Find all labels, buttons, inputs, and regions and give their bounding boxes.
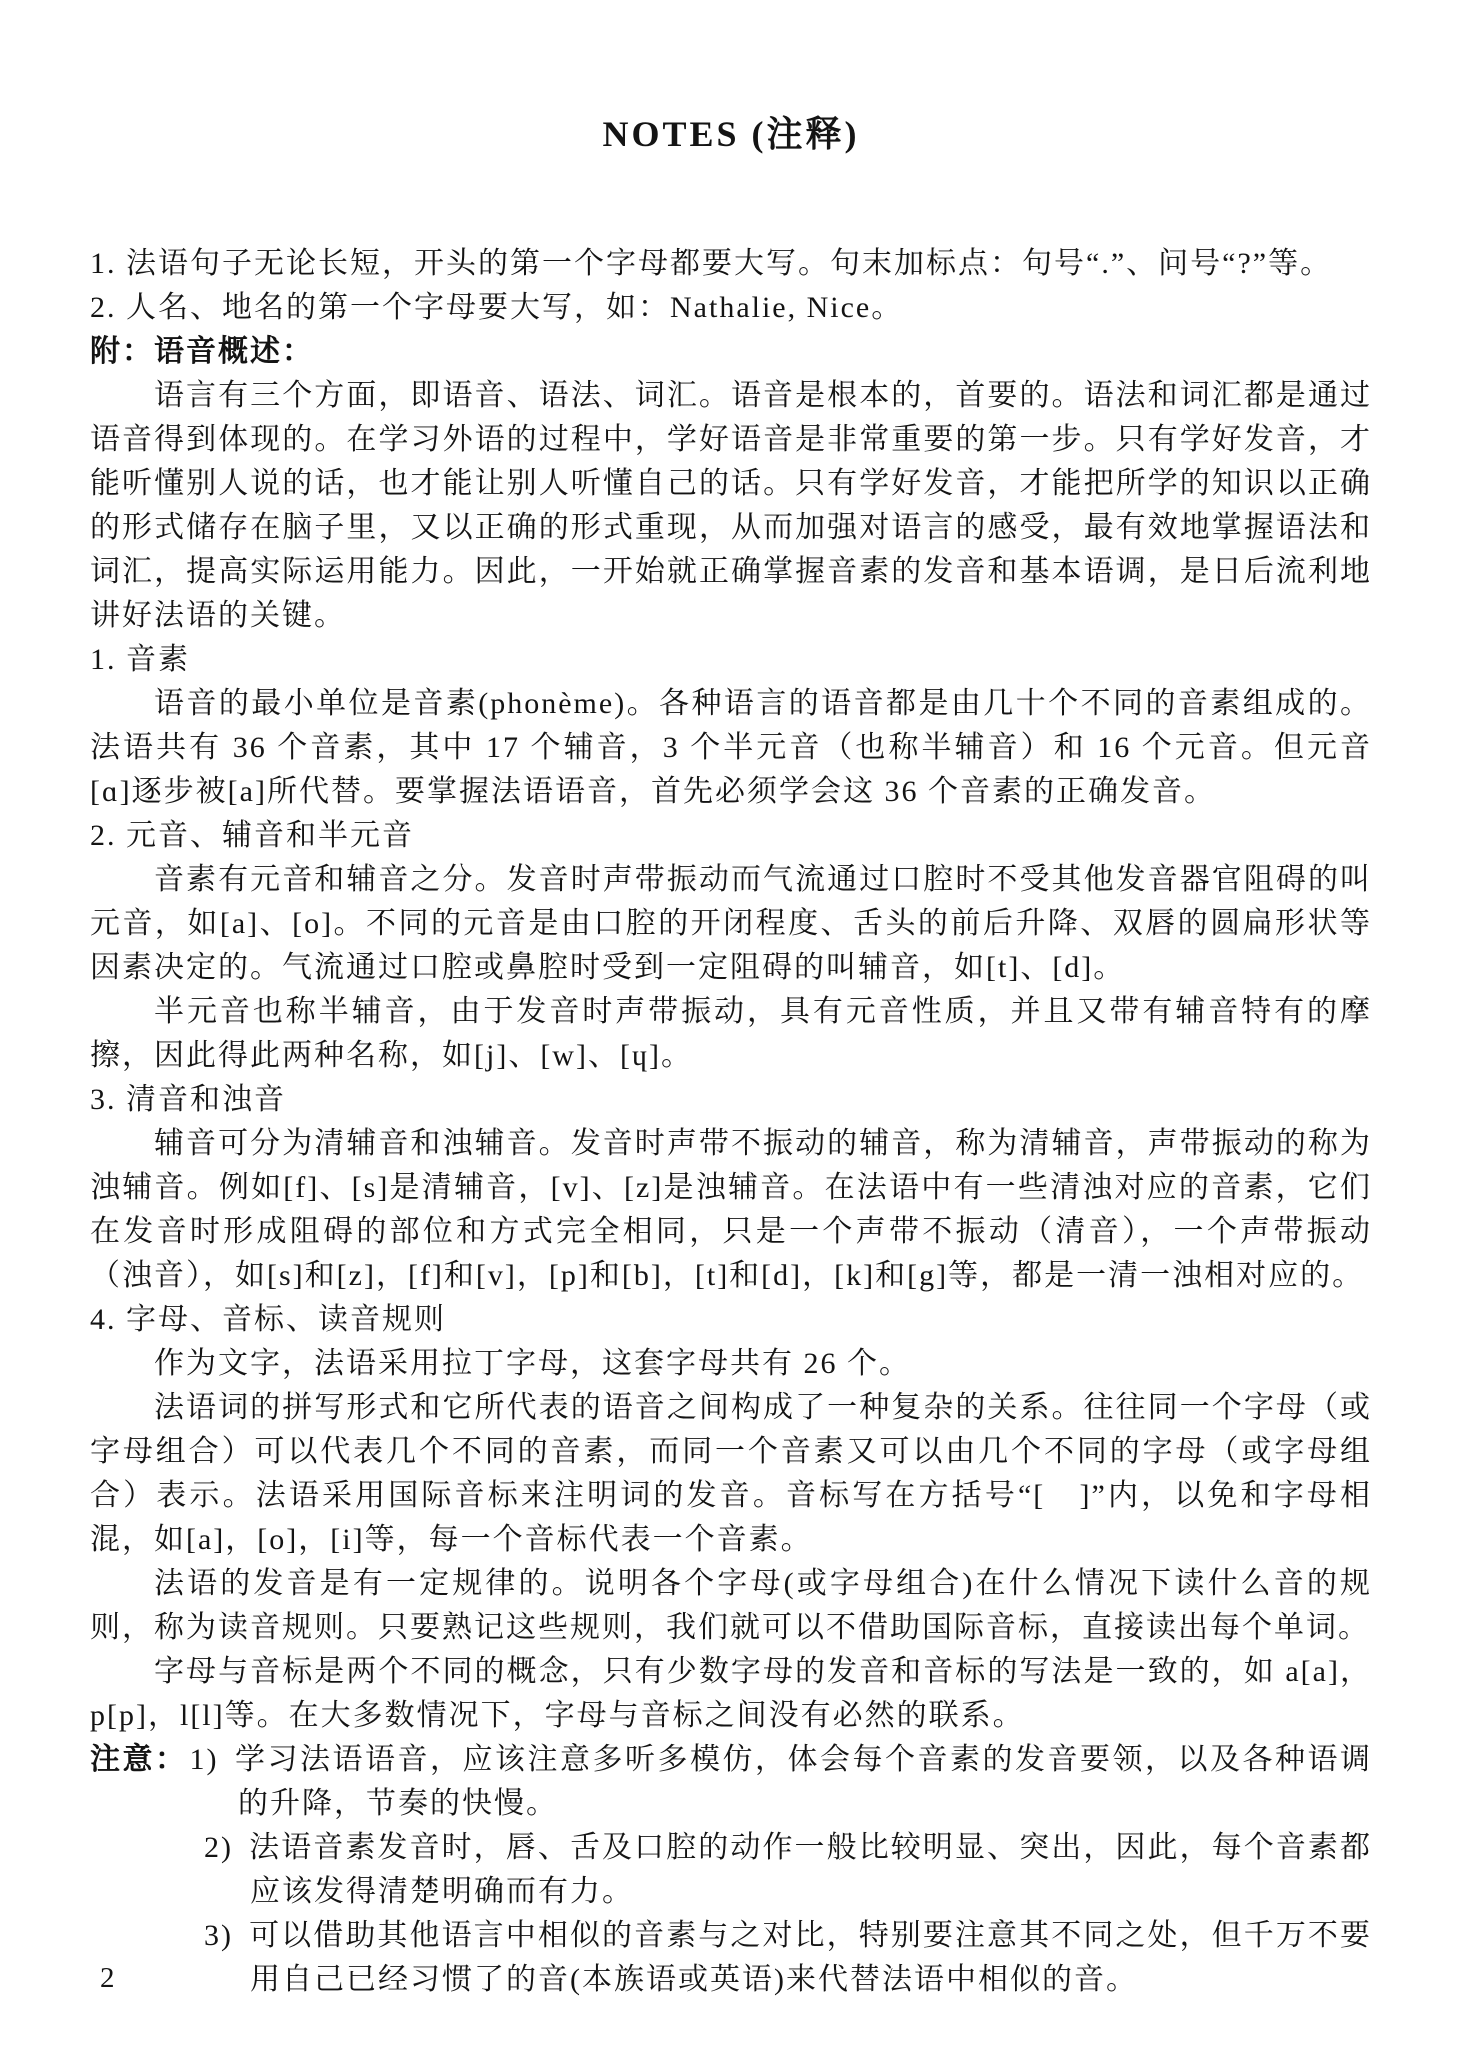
voiced-voiceless-paragraph: 辅音可分为清辅音和浊辅音。发音时声带不振动的辅音，称为清辅音，声带振动的称为浊辅… — [90, 1122, 1372, 1298]
notice-item-1: 注意：1)学习法语语音，应该注意多听多模仿，体会每个音素的发音要领，以及各种语调… — [90, 1738, 1372, 1826]
letter-vs-symbol-paragraph: 字母与音标是两个不同的概念，只有少数字母的发音和音标的写法是一致的，如 a[a]… — [90, 1650, 1372, 1738]
page-number: 2 — [100, 1962, 115, 1995]
semivowel-paragraph: 半元音也称半辅音，由于发音时声带振动，具有元音性质，并且又带有辅音特有的摩擦，因… — [90, 990, 1372, 1078]
notice-item-3-text: 可以借助其他语言中相似的音素与之对比，特别要注意其不同之处，但千万不要用自己已经… — [249, 1919, 1372, 1996]
notice-label: 注意： — [90, 1743, 188, 1776]
section-heading-1: 1. 音素 — [90, 638, 1372, 682]
page-content: NOTES (注释) 1. 法语句子无论长短，开头的第一个字母都要大写。句末加标… — [90, 112, 1372, 2002]
vowel-consonant-paragraph: 音素有元音和辅音之分。发音时声带振动而气流通过口腔时不受其他发音器官阻碍的叫元音… — [90, 858, 1372, 990]
spelling-paragraph: 法语词的拼写形式和它所代表的语音之间构成了一种复杂的关系。往往同一个字母（或字母… — [90, 1386, 1372, 1562]
note-item-2: 2. 人名、地名的第一个字母要大写，如：Nathalie, Nice。 — [90, 286, 1372, 330]
notice-item-3: 3)可以借助其他语言中相似的音素与之对比，特别要注意其不同之处，但千万不要用自己… — [90, 1914, 1372, 2002]
pronunciation-rule-paragraph: 法语的发音是有一定规律的。说明各个字母(或字母组合)在什么情况下读什么音的规则，… — [90, 1562, 1372, 1650]
notice-item-2-text: 法语音素发音时，唇、舌及口腔的动作一般比较明显、突出，因此，每个音素都应该发得清… — [249, 1831, 1372, 1908]
section-heading-4: 4. 字母、音标、读音规则 — [90, 1298, 1372, 1342]
phoneme-paragraph: 语音的最小单位是音素(phonème)。各种语言的语音都是由几十个不同的音素组成… — [90, 682, 1372, 814]
section-heading-3: 3. 清音和浊音 — [90, 1078, 1372, 1122]
notice-item-2-marker: 2) — [204, 1831, 233, 1864]
note-item-1: 1. 法语句子无论长短，开头的第一个字母都要大写。句末加标点：句号“.”、问号“… — [90, 242, 1372, 286]
notice-item-1-marker: 1) — [190, 1743, 219, 1776]
section-heading-2: 2. 元音、辅音和半元音 — [90, 814, 1372, 858]
notice-item-3-marker: 3) — [204, 1919, 233, 1952]
notice-item-1-text: 学习法语语音，应该注意多听多模仿，体会每个音素的发音要领，以及各种语调的升降，节… — [235, 1743, 1373, 1820]
page-title: NOTES (注释) — [90, 112, 1372, 156]
alphabet-paragraph: 作为文字，法语采用拉丁字母，这套字母共有 26 个。 — [90, 1342, 1372, 1386]
overview-paragraph: 语言有三个方面，即语音、语法、词汇。语音是根本的，首要的。语法和词汇都是通过语音… — [90, 374, 1372, 638]
notice-item-2: 2)法语音素发音时，唇、舌及口腔的动作一般比较明显、突出，因此，每个音素都应该发… — [90, 1826, 1372, 1914]
textbook-page: NOTES (注释) 1. 法语句子无论长短，开头的第一个字母都要大写。句末加标… — [0, 0, 1457, 2049]
appendix-heading: 附：语音概述： — [90, 330, 1372, 374]
